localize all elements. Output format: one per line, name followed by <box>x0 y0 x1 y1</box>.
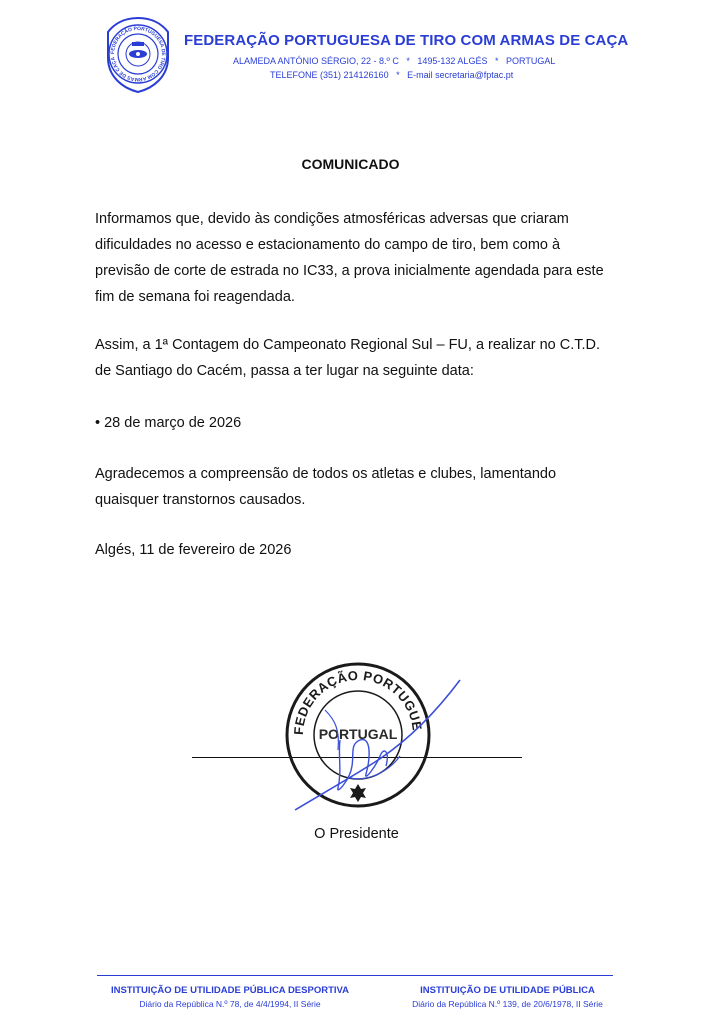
address-postal: 1495-132 ALGÉS <box>417 56 487 66</box>
contact-email[interactable]: E-mail secretaria@fptac.pt <box>407 70 513 80</box>
separator: * <box>495 56 499 66</box>
text-line: Algés, 11 de fevereiro de 2026 <box>95 537 615 563</box>
text-line: Informamos que, devido às condições atmo… <box>95 206 615 232</box>
signatory-role: O Presidente <box>0 826 701 842</box>
text-line: previsão de corte de estrada no IC33, a … <box>95 258 615 284</box>
footer-heading: INSTITUIÇÃO DE UTILIDADE PÚBLICA DESPORT… <box>110 985 350 996</box>
text-line: dificuldades no acesso e estacionamento … <box>95 232 615 258</box>
footer-public-utility-sport: INSTITUIÇÃO DE UTILIDADE PÚBLICA DESPORT… <box>110 985 350 1009</box>
footer-reference: Diário da República N.º 78, de 4/4/1994,… <box>110 999 350 1009</box>
text-line: Agradecemos a compreensão de todos os at… <box>95 461 615 487</box>
separator: * <box>406 56 410 66</box>
paragraph-event: Assim, a 1ª Contagem do Campeonato Regio… <box>95 332 615 384</box>
paragraph-thanks: Agradecemos a compreensão de todos os at… <box>95 461 615 513</box>
document-title: COMUNICADO <box>0 156 701 172</box>
footer-public-utility: INSTITUIÇÃO DE UTILIDADE PÚBLICA Diário … <box>385 985 630 1009</box>
handwritten-signature <box>280 670 470 815</box>
text-line: de Santiago do Cacém, passa a ter lugar … <box>95 358 615 384</box>
text-line: quaisquer transtornos causados. <box>95 487 615 513</box>
header-address: ALAMEDA ANTÓNIO SÉRGIO, 22 - 8.º C * 149… <box>233 56 555 66</box>
new-date-item: • 28 de março de 2026 <box>95 410 615 436</box>
separator: * <box>396 70 400 80</box>
address-country: PORTUGAL <box>506 56 555 66</box>
address-street: ALAMEDA ANTÓNIO SÉRGIO, 22 - 8.º C <box>233 56 399 66</box>
federation-name: FEDERAÇÃO PORTUGUESA DE TIRO COM ARMAS D… <box>184 32 628 49</box>
place-date: Algés, 11 de fevereiro de 2026 <box>95 537 615 563</box>
contact-phone: TELEFONE (351) 214126160 <box>270 70 389 80</box>
text-line: • 28 de março de 2026 <box>95 410 615 436</box>
paragraph-intro: Informamos que, devido às condições atmo… <box>95 206 615 310</box>
footer-reference: Diário da República N.º 139, de 20/6/197… <box>385 999 630 1009</box>
federation-emblem-icon: FEDERAÇÃO PORTUGUESA DE TIRO COM ARMAS D… <box>104 14 172 94</box>
footer-heading: INSTITUIÇÃO DE UTILIDADE PÚBLICA <box>385 985 630 996</box>
footer-divider <box>97 975 613 976</box>
header-contact: TELEFONE (351) 214126160 * E-mail secret… <box>270 70 513 80</box>
text-line: fim de semana foi reagendada. <box>95 284 615 310</box>
text-line: Assim, a 1ª Contagem do Campeonato Regio… <box>95 332 615 358</box>
